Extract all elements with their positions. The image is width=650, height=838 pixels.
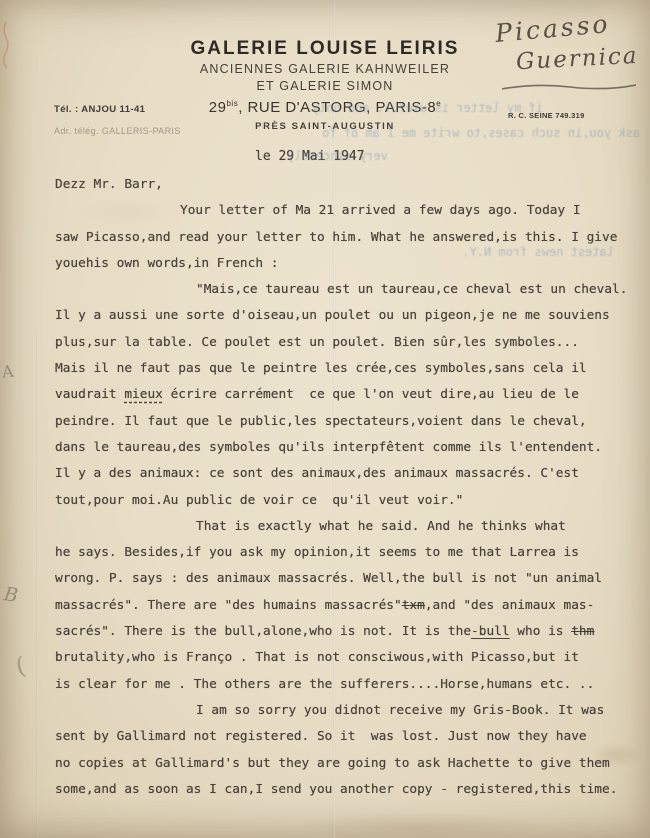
letter-body: Dezz Mr. Barr,Your letter of Ma 21 arriv… [55, 172, 635, 803]
letter-line: "Mais,ce taureau est un taureau,ce cheva… [55, 277, 635, 303]
letter-line: is clear for me . The others are the suf… [55, 672, 635, 698]
letter-line: saw Picasso,and read your letter to him.… [55, 225, 635, 251]
letter-line: plus,sur la table. Ce poulet est un poul… [55, 330, 635, 356]
letter-line: Dezz Mr. Barr, [55, 172, 635, 198]
letter-line: sent by Gallimard not registered. So it … [55, 724, 635, 750]
letter-line: Your letter of Ma 21 arrived a few days … [55, 198, 635, 224]
letter-line: brutality,who is Franço . That is not co… [55, 645, 635, 671]
letter-line: Il y a aussi une sorte d'oiseau,un poule… [55, 303, 635, 329]
letter-line: he says. Besides,if you ask my opinion,i… [55, 540, 635, 566]
handwritten-underline [500, 80, 640, 94]
letter-line: no copies at Gallimard's but they are go… [55, 751, 635, 777]
letter-line: peindre. Il faut que le public,les spect… [55, 409, 635, 435]
letter-line: massacrés". There are "des humains massa… [55, 593, 635, 619]
edge-mark [0, 20, 14, 70]
gallery-telegraph-address: Adr. télég. GALLERIS-PARIS [54, 126, 181, 136]
date-line: le 29 Mai 1947 [255, 149, 365, 164]
letter-line: dans le taureau,des symboles qu'ils inte… [55, 435, 635, 461]
margin-mark-a: A [1, 361, 14, 381]
letter-line: vaudrait mieux écrire carrément ce que l… [55, 382, 635, 408]
letter-line: youehis own words,in French : [55, 251, 635, 277]
letter-line: Il y a des animaux: ce sont des animaux,… [55, 461, 635, 487]
margin-mark-b: B [2, 583, 19, 607]
paper-smudge [300, 812, 540, 838]
letter-line: some,and as soon as I can,I send you ano… [55, 777, 635, 803]
margin-mark-paren: ( [13, 651, 28, 680]
letter-line: sacrés". There is the bull,alone,who is … [55, 619, 635, 645]
letter-line: I am so sorry you didnot receive my Gris… [55, 698, 635, 724]
scanned-letter-page: GALERIE LOUISE LEIRIS ANCIENNES GALERIE … [0, 0, 650, 838]
letter-line: That is exactly what he said. And he thi… [55, 514, 635, 540]
left-edge-crease [36, 330, 38, 838]
letter-line: wrong. P. says : des animaux massacrés. … [55, 566, 635, 592]
letter-line: tout,pour moi.Au public de voir ce qu'il… [55, 488, 635, 514]
gallery-phone: Tél. : ANJOU 11-41 [54, 104, 145, 115]
letter-line: Mais il ne faut pas que le peintre les c… [55, 356, 635, 382]
gallery-registry-number: R. C. SEINE 749.319 [508, 111, 585, 120]
